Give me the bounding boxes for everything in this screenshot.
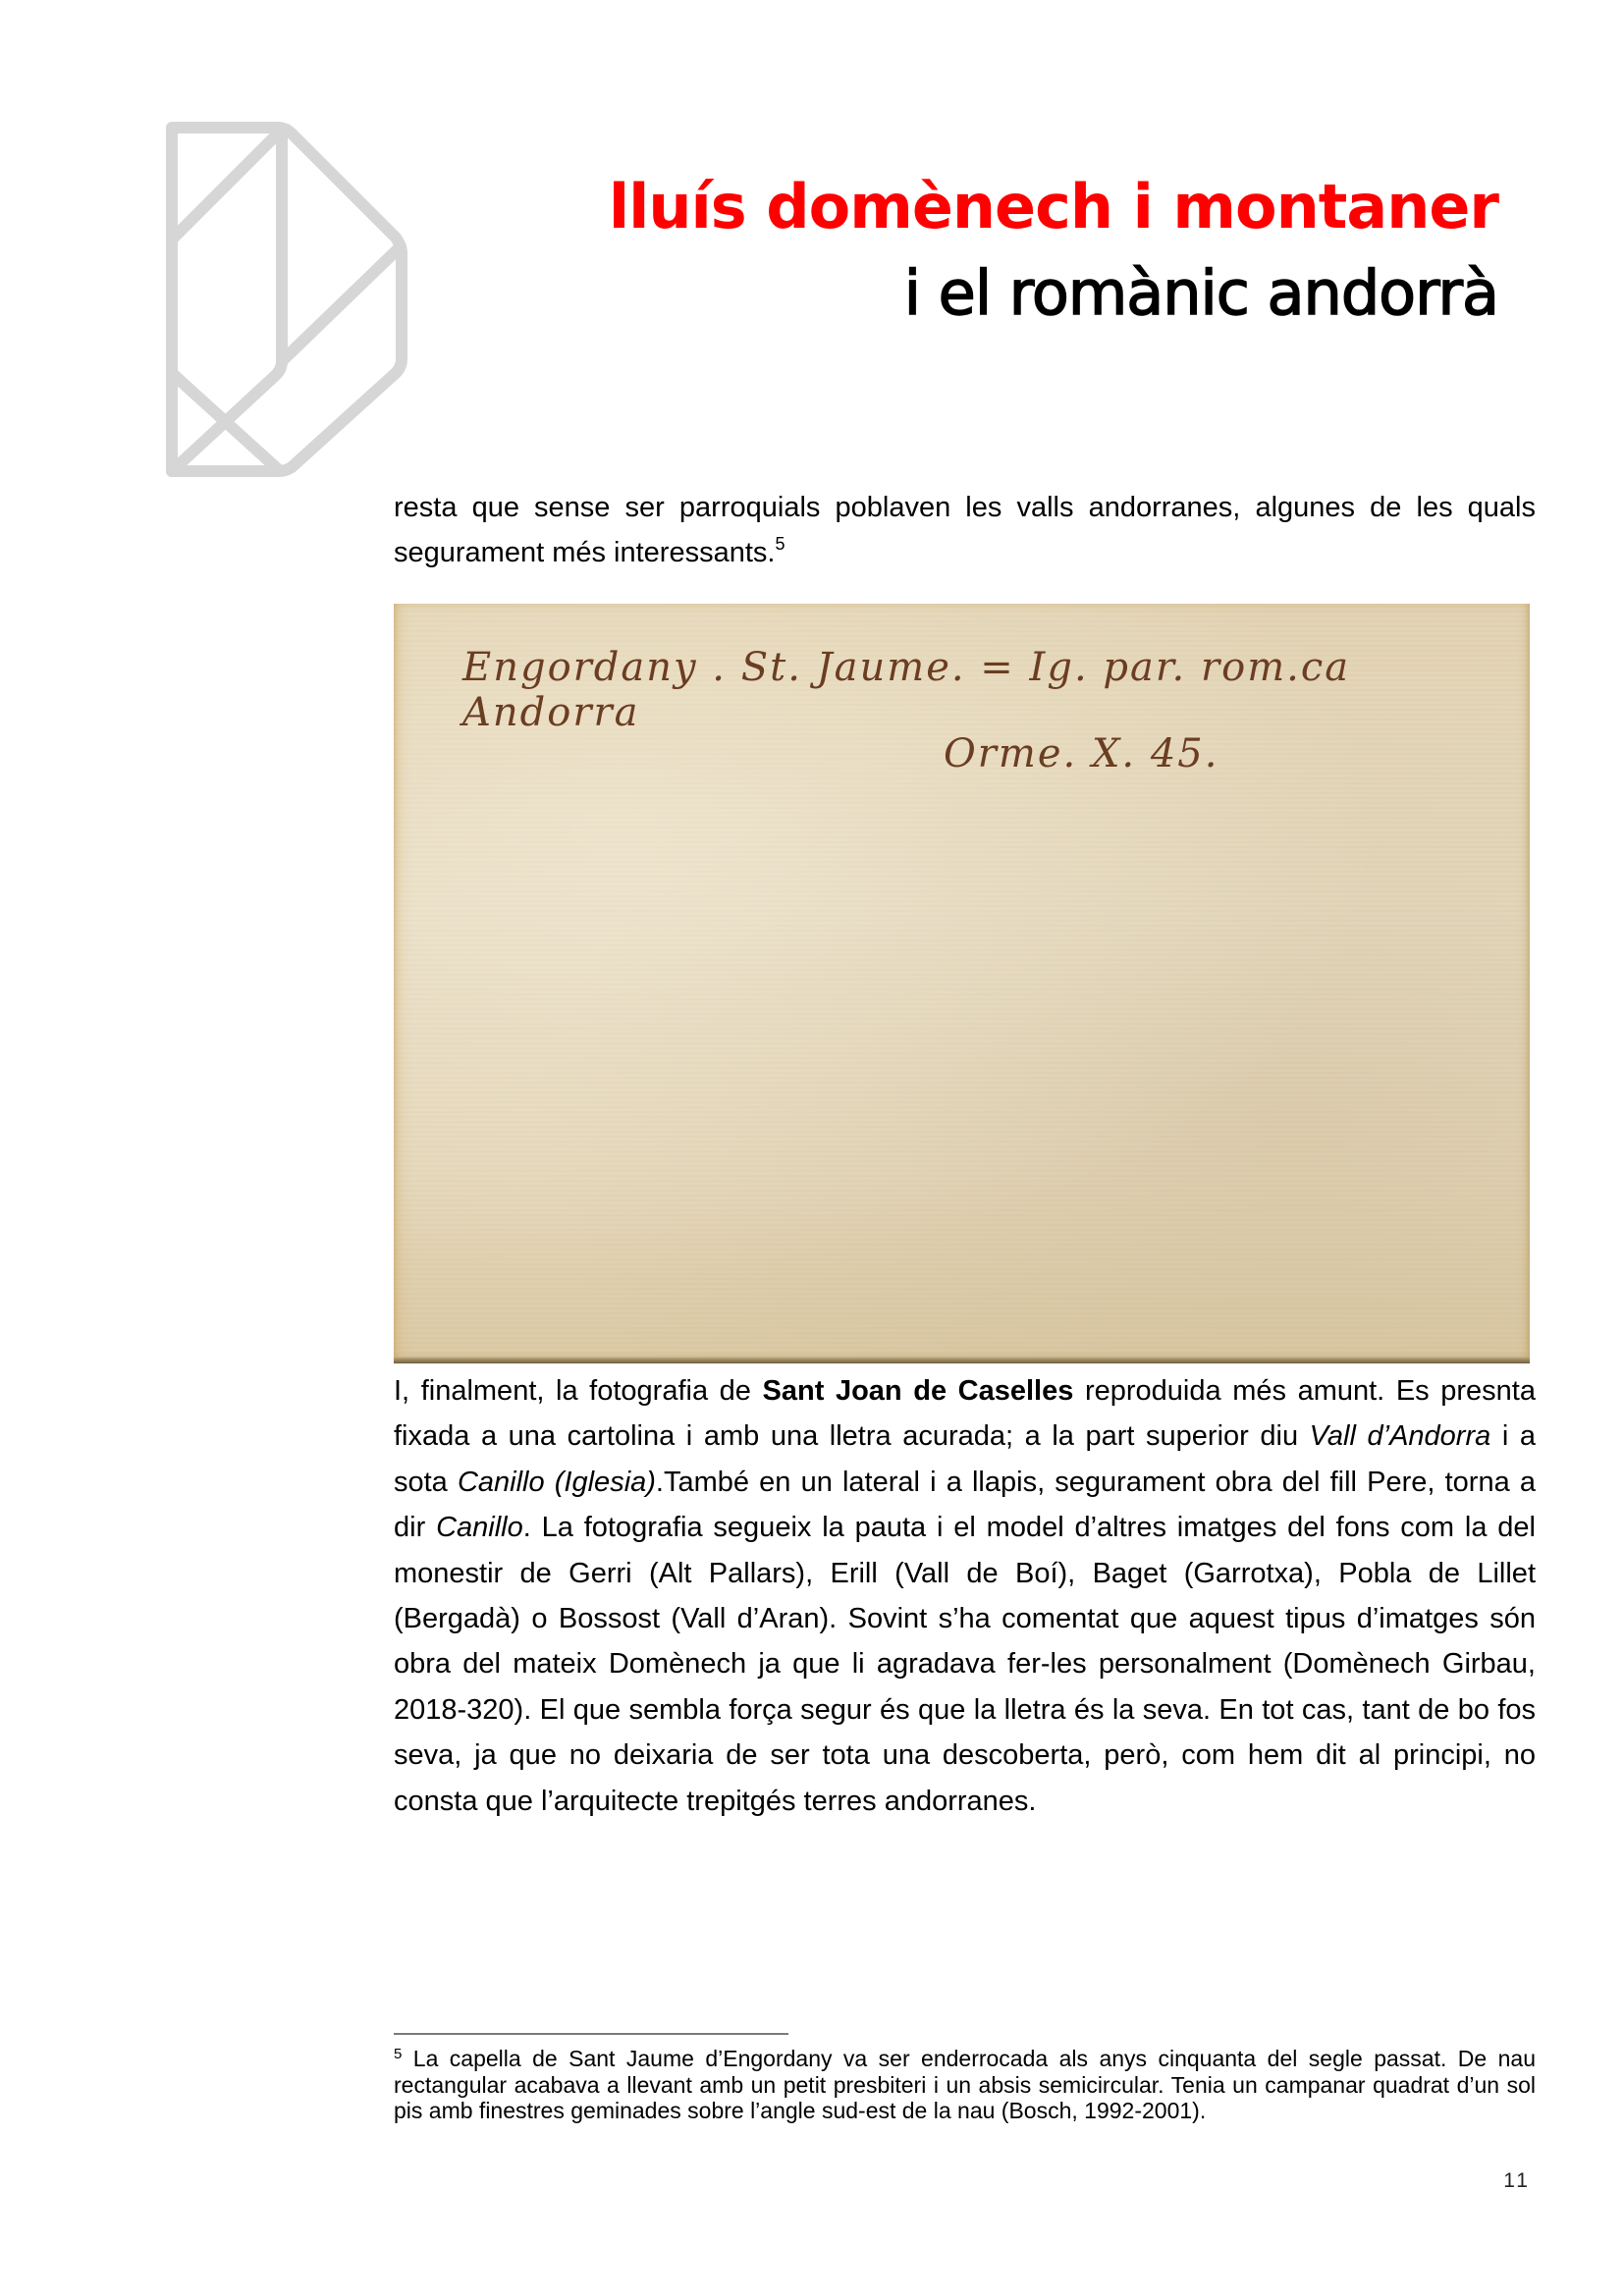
- top-paragraph: resta que sense ser parroquials poblaven…: [394, 485, 1536, 576]
- footnote-reference[interactable]: 5: [775, 534, 785, 554]
- main-paragraph: I, finalment, la fotografia de Sant Joan…: [394, 1368, 1536, 1824]
- top-paragraph-text: resta que sense ser parroquials poblaven…: [394, 492, 1536, 568]
- italic-inscription: Canillo (Iglesia): [458, 1467, 656, 1498]
- archival-photo-card-back: Engordany . St. Jaume. = Ig. par. rom.ca…: [394, 604, 1530, 1363]
- footnote: 5 La capella de Sant Jaume d’Engordany v…: [394, 2046, 1536, 2124]
- torn-paper-edge: [394, 1358, 1530, 1363]
- page-number: 11: [1503, 2169, 1531, 2193]
- footnote-text: La capella de Sant Jaume d’Engordany va …: [394, 2046, 1536, 2123]
- page-title: lluís domènech i montaner i el romànic a…: [609, 165, 1498, 338]
- title-line-black: i el romànic andorrà: [609, 249, 1498, 338]
- text-run: I, finalment, la fotografia de: [394, 1375, 763, 1407]
- italic-inscription: Vall d’Andorra: [1310, 1420, 1491, 1452]
- footnote-divider: [394, 2033, 788, 2035]
- bold-church-name: Sant Joan de Caselles: [763, 1375, 1074, 1407]
- title-line-red: lluís domènech i montaner: [609, 165, 1498, 249]
- handwritten-inscription-line2: Orme. X. 45.: [944, 731, 1218, 776]
- handwritten-inscription-line1: Engordany . St. Jaume. = Ig. par. rom.ca…: [462, 645, 1530, 735]
- text-run: . La fotografia segueix la pauta i el mo…: [394, 1512, 1536, 1816]
- italic-inscription: Canillo: [436, 1512, 523, 1543]
- geometric-d-logo-icon: [160, 116, 407, 479]
